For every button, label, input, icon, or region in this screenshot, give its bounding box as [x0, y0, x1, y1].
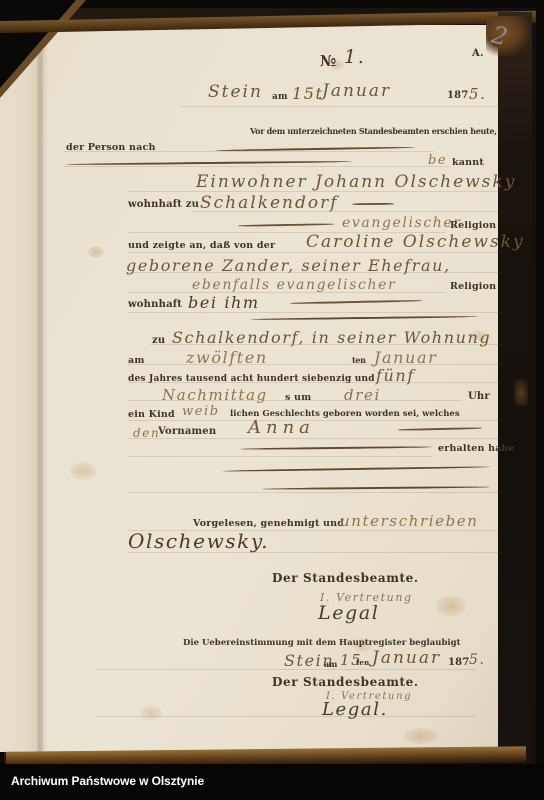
cert-month: Januar [372, 648, 441, 668]
vornamen-label: Vornamen [158, 426, 216, 437]
birth-place-value: Schalkendorf, in seiner Wohnung [172, 328, 491, 347]
ten-suffix-1: ten [352, 355, 366, 365]
cert-year-printed: 187 [448, 657, 469, 668]
wohnhaft-zu-label: wohnhaft zu [128, 199, 199, 210]
mother-name: Caroline Olschewsky [306, 232, 525, 252]
wohnhaft-label: wohnhaft [128, 299, 182, 310]
corner-letter: A. [472, 48, 484, 59]
header-place: Stein [208, 82, 263, 102]
header-day: 15t [292, 84, 324, 103]
wohnhaft-value: bei ihm [188, 293, 260, 312]
religion-1-written: evangelischer [342, 215, 462, 231]
erhalten-habe-label: erhalten habe [438, 443, 515, 454]
mother-birthname-line: geborene Zander, seiner Ehefrau, [126, 256, 451, 275]
registrar-signature-2: Legal. [322, 699, 388, 720]
child-name-value: Anna [248, 417, 315, 438]
ein-kind-label: ein Kind [128, 409, 175, 420]
declarant-line: Einwohner Johann Olschewsky [196, 172, 516, 192]
standesbeamte-label-2: Der Standesbeamte. [272, 675, 419, 689]
ink-stroke [352, 203, 394, 205]
religion-2-written: ebenfalls evangelischer [192, 277, 396, 293]
unterschrieben-written: unterschrieben [340, 512, 479, 530]
year-written-value: fünf [376, 366, 415, 385]
birth-day-value: zwölften [186, 348, 268, 367]
archival-scan-viewer: 2 A. № 1. Stein am 15t Januar 187 5. Vor… [0, 0, 544, 800]
bekannt-written-part: be [428, 153, 447, 168]
intro-line-2: der Person nach [66, 142, 156, 153]
time-of-day-value: Nachmittag [162, 386, 268, 404]
zu-label: zu [152, 335, 165, 346]
intro-line-1: Vor dem unterzeichneten Standesbeamten e… [250, 126, 497, 136]
vornamen-article-written: den [133, 426, 160, 440]
am-label: am [128, 355, 145, 366]
record-number-label: № [320, 52, 337, 70]
zeigte-an-line: und zeigte an, daß von der [128, 240, 275, 251]
vorgelesen-line: Vorgelesen, genehmigt und [193, 518, 344, 529]
document-text: 2 A. № 1. Stein am 15t Januar 187 5. Vor… [0, 0, 544, 800]
archive-watermark: Archiwum Państwowe w Olsztynie [11, 774, 204, 788]
child-sex-written: weib [182, 404, 220, 419]
s-um-label: s um [285, 392, 311, 403]
uhr-label: Uhr [468, 391, 490, 402]
standesbeamte-label-1: Der Standesbeamte. [272, 571, 419, 585]
year-printed-line: des Jahres tausend acht hundert siebenzi… [128, 374, 375, 384]
cert-year-written: 5. [469, 652, 486, 668]
declarant-signature: Olschewsky. [128, 529, 269, 553]
hour-value: drei [344, 386, 381, 404]
certification-line: Die Uebereinstimmung mit dem Hauptregist… [183, 638, 461, 648]
bekannt-printed-part: kannt [452, 157, 484, 168]
birth-month-value: Januar [374, 348, 437, 367]
residence-value: Schalkendorf [200, 193, 339, 213]
header-year-written: 5. [469, 85, 487, 103]
header-month: Januar [322, 81, 391, 101]
pencil-page-number: 2 [489, 21, 511, 52]
header-am-label: am [272, 92, 288, 102]
cert-am-label: am [324, 659, 337, 669]
cert-ten-suffix: ten [356, 658, 369, 667]
religion-1-label: Religion [450, 220, 496, 231]
header-year-printed: 187 [447, 90, 468, 101]
registrar-signature-1: Legal [318, 602, 379, 624]
religion-2-label: Religion [450, 281, 496, 292]
record-number-value: 1. [344, 46, 365, 68]
